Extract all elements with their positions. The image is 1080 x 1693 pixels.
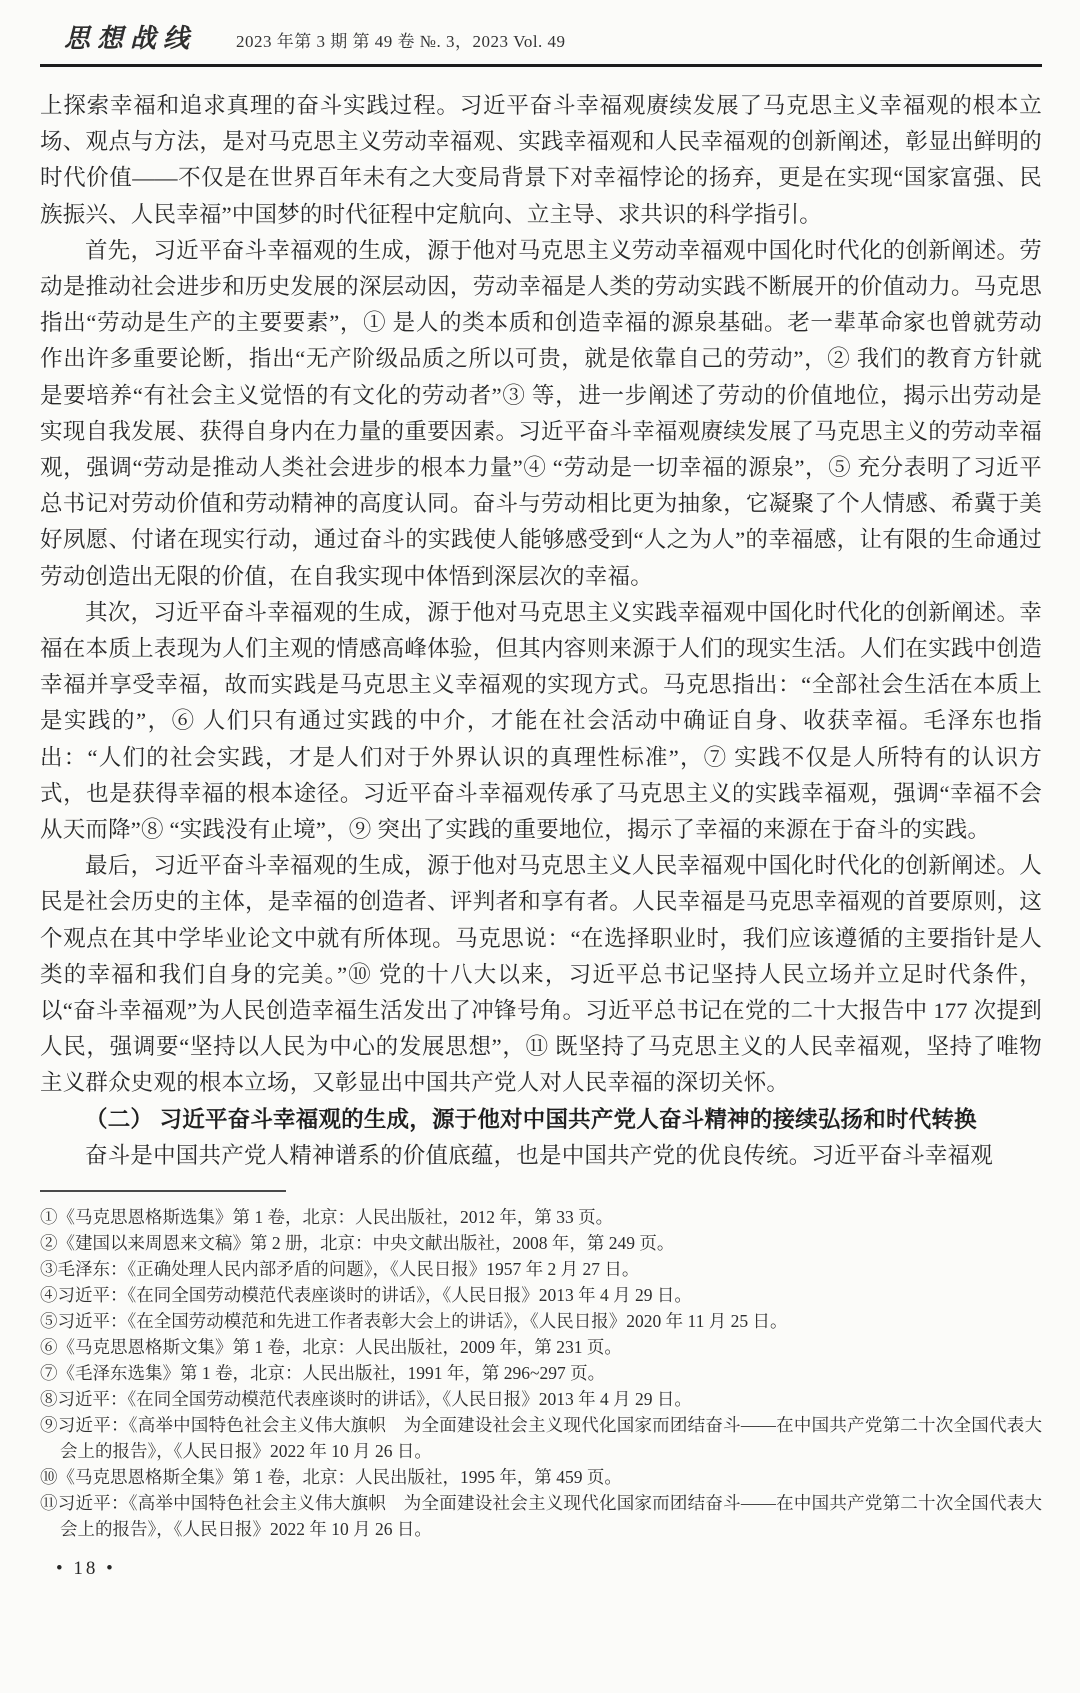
section-heading: （二） 习近平奋斗幸福观的生成，源于他对中国共产党人奋斗精神的接续弘扬和时代转换 <box>40 1102 1042 1138</box>
issue-volume-info: 2023 年第 3 期 第 49 卷 №. 3，2023 Vol. 49 <box>236 27 566 52</box>
footnote-5: ⑤习近平：《在全国劳动模范和先进工作者表彰大会上的讲话》，《人民日报》2020 … <box>40 1308 1042 1334</box>
footnote-7: ⑦《毛泽东选集》第 1 卷，北京：人民出版社，1991 年，第 296~297 … <box>40 1360 1042 1386</box>
page-number: • 18 • <box>56 1558 1080 1580</box>
footnotes-section: ①《马克思恩格斯选集》第 1 卷，北京：人民出版社，2012 年，第 33 页。… <box>0 1204 1080 1542</box>
article-body: 上探索幸福和追求真理的奋斗实践过程。习近平奋斗幸福观赓续发展了马克思主义幸福观的… <box>0 67 1080 1174</box>
footnote-8: ⑧习近平：《在同全国劳动模范代表座谈时的讲话》，《人民日报》2013 年 4 月… <box>40 1386 1042 1412</box>
paragraph-section-intro: 奋斗是中国共产党人精神谱系的价值底蕴，也是中国共产党的优良传统。习近平奋斗幸福观 <box>40 1138 1042 1174</box>
footnote-divider <box>40 1190 286 1192</box>
footnote-3: ③毛泽东：《正确处理人民内部矛盾的问题》，《人民日报》1957 年 2 月 27… <box>40 1256 1042 1282</box>
paragraph-second-point: 其次，习近平奋斗幸福观的生成，源于他对马克思主义实践幸福观中国化时代化的创新阐述… <box>40 595 1042 848</box>
paragraph-third-point: 最后，习近平奋斗幸福观的生成，源于他对马克思主义人民幸福观中国化时代化的创新阐述… <box>40 848 1042 1101</box>
page-header: 思想战线 2023 年第 3 期 第 49 卷 №. 3，2023 Vol. 4… <box>0 0 1080 55</box>
journal-title: 思想战线 <box>64 18 196 55</box>
footnote-9: ⑨习近平：《高举中国特色社会主义伟大旗帜 为全面建设社会主义现代化国家而团结奋斗… <box>40 1412 1042 1464</box>
paragraph-first-point: 首先，习近平奋斗幸福观的生成，源于他对马克思主义劳动幸福观中国化时代化的创新阐述… <box>40 233 1042 595</box>
footnote-2: ②《建国以来周恩来文稿》第 2 册，北京：中央文献出版社，2008 年，第 24… <box>40 1230 1042 1256</box>
footnote-10: ⑩《马克思恩格斯全集》第 1 卷，北京：人民出版社，1995 年，第 459 页… <box>40 1464 1042 1490</box>
footnote-11: ⑪习近平：《高举中国特色社会主义伟大旗帜 为全面建设社会主义现代化国家而团结奋斗… <box>40 1490 1042 1542</box>
journal-page: 思想战线 2023 年第 3 期 第 49 卷 №. 3，2023 Vol. 4… <box>0 0 1080 1693</box>
footnote-1: ①《马克思恩格斯选集》第 1 卷，北京：人民出版社，2012 年，第 33 页。 <box>40 1204 1042 1230</box>
footnote-6: ⑥《马克思恩格斯文集》第 1 卷，北京：人民出版社，2009 年，第 231 页… <box>40 1334 1042 1360</box>
paragraph-continuation: 上探索幸福和追求真理的奋斗实践过程。习近平奋斗幸福观赓续发展了马克思主义幸福观的… <box>40 88 1042 233</box>
footnote-4: ④习近平：《在同全国劳动模范代表座谈时的讲话》，《人民日报》2013 年 4 月… <box>40 1282 1042 1308</box>
